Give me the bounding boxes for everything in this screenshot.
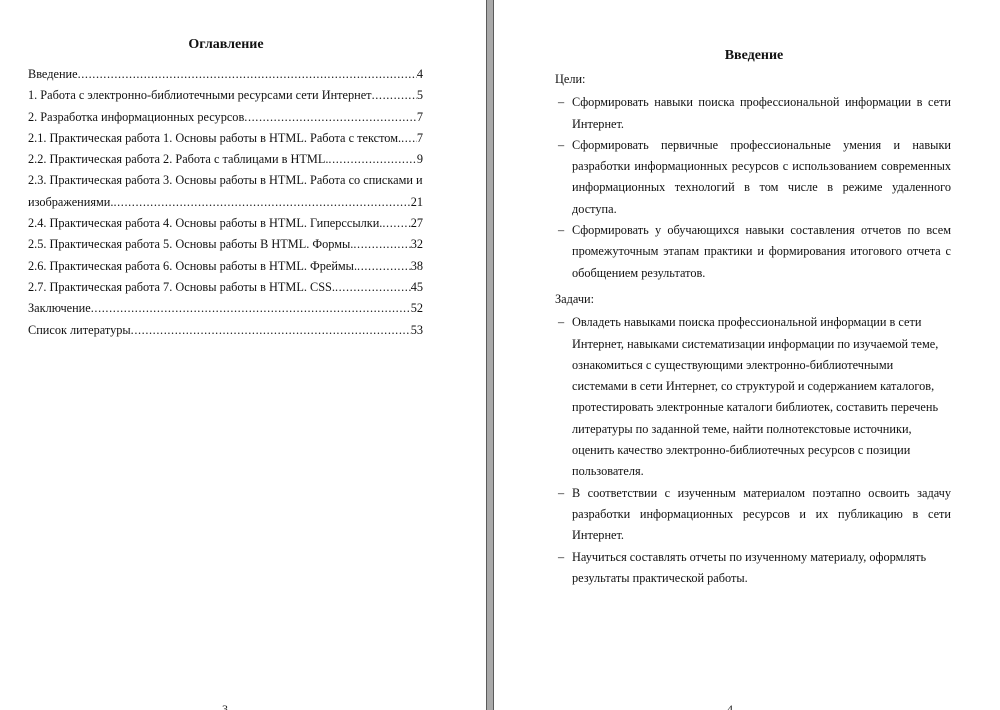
goal-text: Сформировать первичные профессиональные … bbox=[572, 135, 951, 220]
task-item: – Научиться составлять отчеты по изученн… bbox=[555, 547, 951, 590]
toc-leader-dots bbox=[113, 192, 410, 213]
dash-bullet-icon: – bbox=[558, 312, 564, 333]
toc-leader-dots bbox=[382, 213, 410, 234]
toc-entry-page: 27 bbox=[411, 213, 423, 234]
toc-entry-page: 9 bbox=[417, 149, 423, 170]
toc-entry-page: 7 bbox=[417, 107, 423, 128]
page-number: 4 bbox=[727, 702, 733, 710]
toc-entry-title: Введение bbox=[28, 64, 78, 85]
table-of-contents: Введение 4 1. Работа с электронно-библио… bbox=[28, 64, 423, 341]
document-viewer: Оглавление Введение 4 1. Работа с электр… bbox=[0, 0, 1000, 710]
dash-bullet-icon: – bbox=[558, 135, 564, 156]
task-text: Научиться составлять отчеты по изученном… bbox=[572, 547, 951, 590]
toc-entry-page: 32 bbox=[411, 234, 423, 255]
toc-entry[interactable]: 2. Разработка информационных ресурсов 7 bbox=[28, 107, 423, 128]
toc-entry[interactable]: изображениями. 21 bbox=[28, 192, 423, 213]
dash-bullet-icon: – bbox=[558, 547, 564, 568]
toc-entry-title: изображениями. bbox=[28, 192, 113, 213]
toc-entry-title: 2. Разработка информационных ресурсов bbox=[28, 107, 244, 128]
toc-entry[interactable]: Заключение 52 bbox=[28, 298, 423, 319]
toc-entry-page: 7 bbox=[417, 128, 423, 149]
task-item: – В соответствии с изученным материалом … bbox=[555, 483, 951, 547]
goal-text: Сформировать навыки поиска профессиональ… bbox=[572, 92, 951, 135]
toc-entry-title: 2.3. Практическая работа 3. Основы работ… bbox=[28, 170, 423, 191]
toc-heading: Оглавление bbox=[0, 37, 452, 53]
toc-entry-page: 38 bbox=[411, 256, 423, 277]
introduction-body: Цели: – Сформировать навыки поиска профе… bbox=[555, 69, 951, 589]
toc-entry[interactable]: 2.1. Практическая работа 1. Основы работ… bbox=[28, 128, 423, 149]
toc-entry-page: 4 bbox=[417, 64, 423, 85]
toc-entry[interactable]: 2.4. Практическая работа 4. Основы работ… bbox=[28, 213, 423, 234]
goal-item: – Сформировать первичные профессиональны… bbox=[555, 135, 951, 220]
task-text: В соответствии с изученным материалом по… bbox=[572, 483, 951, 547]
page-number: 3 bbox=[222, 702, 228, 710]
toc-entry-title: 2.4. Практическая работа 4. Основы работ… bbox=[28, 213, 382, 234]
toc-entry[interactable]: Введение 4 bbox=[28, 64, 423, 85]
toc-leader-dots bbox=[328, 149, 416, 170]
toc-entry[interactable]: Список литературы 53 bbox=[28, 320, 423, 341]
dash-bullet-icon: – bbox=[558, 483, 564, 504]
toc-entry-page: 5 bbox=[417, 85, 423, 106]
toc-leader-dots bbox=[357, 256, 411, 277]
toc-leader-dots bbox=[244, 107, 417, 128]
toc-entry[interactable]: 2.2. Практическая работа 2. Работа с таб… bbox=[28, 149, 423, 170]
goals-list: – Сформировать навыки поиска профессиона… bbox=[555, 92, 951, 284]
toc-entry-page: 21 bbox=[411, 192, 423, 213]
toc-entry-line1[interactable]: 2.3. Практическая работа 3. Основы работ… bbox=[28, 170, 423, 191]
task-text: Овладеть навыками поиска профессионально… bbox=[572, 312, 951, 482]
toc-entry-page: 45 bbox=[411, 277, 423, 298]
toc-leader-dots bbox=[372, 85, 417, 106]
toc-entry-title: 1. Работа с электронно-библиотечными рес… bbox=[28, 85, 372, 106]
toc-entry-page: 52 bbox=[411, 298, 423, 319]
toc-leader-dots bbox=[353, 234, 410, 255]
goals-label: Цели: bbox=[555, 69, 951, 90]
page-introduction: Введение Цели: – Сформировать навыки пои… bbox=[494, 0, 1000, 710]
goal-item: – Сформировать у обучающихся навыки сост… bbox=[555, 220, 951, 284]
toc-entry-title: 2.2. Практическая работа 2. Работа с таб… bbox=[28, 149, 328, 170]
task-item: – Овладеть навыками поиска профессиональ… bbox=[555, 312, 951, 482]
toc-entry-title: 2.5. Практическая работа 5. Основы работ… bbox=[28, 234, 353, 255]
tasks-label: Задачи: bbox=[555, 289, 951, 310]
toc-entry[interactable]: 2.7. Практическая работа 7. Основы работ… bbox=[28, 277, 423, 298]
toc-leader-dots bbox=[401, 128, 417, 149]
toc-entry[interactable]: 2.5. Практическая работа 5. Основы работ… bbox=[28, 234, 423, 255]
dash-bullet-icon: – bbox=[558, 220, 564, 241]
toc-entry-title: 2.1. Практическая работа 1. Основы работ… bbox=[28, 128, 401, 149]
toc-leader-dots bbox=[91, 298, 411, 319]
tasks-list: – Овладеть навыками поиска профессиональ… bbox=[555, 312, 951, 589]
goal-text: Сформировать у обучающихся навыки состав… bbox=[572, 220, 951, 284]
page-divider bbox=[486, 0, 494, 710]
dash-bullet-icon: – bbox=[558, 92, 564, 113]
toc-leader-dots bbox=[131, 320, 411, 341]
toc-leader-dots bbox=[335, 277, 411, 298]
toc-entry-title: Список литературы bbox=[28, 320, 131, 341]
toc-entry[interactable]: 1. Работа с электронно-библиотечными рес… bbox=[28, 85, 423, 106]
toc-entry[interactable]: 2.6. Практическая работа 6. Основы работ… bbox=[28, 256, 423, 277]
introduction-heading: Введение bbox=[494, 48, 1000, 64]
toc-leader-dots bbox=[78, 64, 417, 85]
toc-entry-title: Заключение bbox=[28, 298, 91, 319]
toc-entry-title: 2.7. Практическая работа 7. Основы работ… bbox=[28, 277, 335, 298]
goal-item: – Сформировать навыки поиска профессиона… bbox=[555, 92, 951, 135]
page-table-of-contents: Оглавление Введение 4 1. Работа с электр… bbox=[0, 0, 486, 710]
toc-entry-page: 53 bbox=[411, 320, 423, 341]
toc-entry-title: 2.6. Практическая работа 6. Основы работ… bbox=[28, 256, 357, 277]
